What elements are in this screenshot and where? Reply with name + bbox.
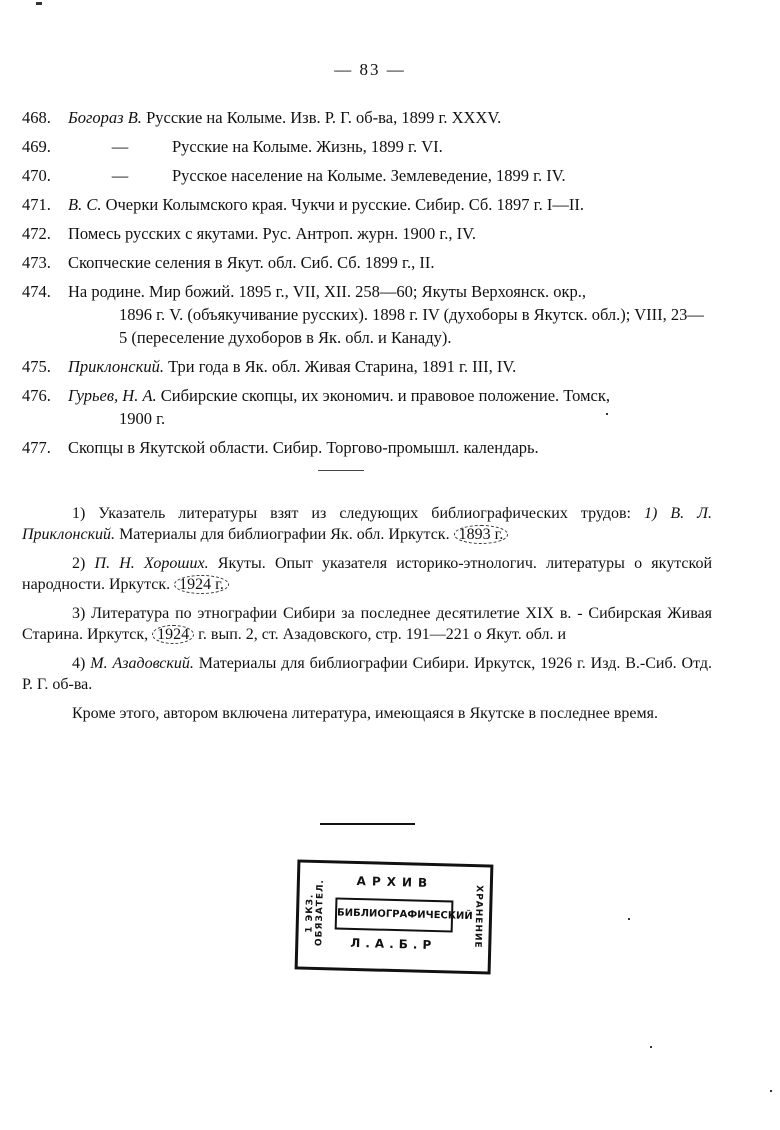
- entry-number: 468.: [22, 106, 66, 129]
- entry-number: 470.: [22, 164, 66, 187]
- note-author: М. Азадовский.: [90, 655, 194, 672]
- scan-speck: [628, 918, 630, 920]
- stamp-right-text: ХРАНЕНИЕ: [464, 873, 484, 961]
- entry-number: 469.: [22, 135, 66, 158]
- entry-text: Русское население на Колыме. Землеведени…: [172, 166, 566, 185]
- entry-author: В. С.: [68, 195, 101, 214]
- entry-476: 476. Гурьев, Н. А. Сибирские скопцы, их …: [22, 384, 712, 430]
- entry-text: Три года в Як. обл. Живая Старина, 1891 …: [164, 357, 516, 376]
- entry-472: 472. Помесь русских с якутами. Рус. Антр…: [22, 222, 712, 245]
- scan-speck: [650, 1046, 652, 1048]
- note-text: г. вып. 2, ст. Азадовского, стр. 191—221…: [194, 626, 566, 643]
- ditto-dash: —: [68, 135, 172, 158]
- ditto-dash: —: [68, 164, 172, 187]
- entry-text: На родине. Мир божий. 1895 г., VII, XII.…: [68, 282, 586, 301]
- stamp-bottom-text: Л.А.Б.Р: [338, 936, 448, 953]
- note-lead: 1) Указатель литературы взят из следующи…: [72, 505, 631, 522]
- entry-number: 474.: [22, 280, 66, 303]
- entry-469: 469. —Русские на Колыме. Жизнь, 1899 г. …: [22, 135, 712, 158]
- entry-number: 477.: [22, 436, 66, 459]
- page-number: — 83 —: [0, 60, 740, 80]
- circled-year: 1924 г.: [174, 575, 229, 594]
- footnotes: 1) Указатель литературы взят из следующи…: [22, 503, 712, 732]
- note-text: Материалы для библиографии Як. обл. Ирку…: [115, 526, 454, 543]
- bibliography-list: 468. Богораз В. Русские на Колыме. Изв. …: [22, 106, 712, 465]
- note-lead: Кроме этого, автором включена литература…: [72, 705, 658, 722]
- entry-author: Приклонский.: [68, 357, 164, 376]
- circled-year: 1924: [152, 625, 194, 644]
- entry-text: Скопческие селения в Якут. обл. Сиб. Сб.…: [68, 253, 434, 272]
- entry-473: 473. Скопческие селения в Якут. обл. Сиб…: [22, 251, 712, 274]
- note-1: 1) Указатель литературы взят из следующи…: [22, 503, 712, 545]
- entry-number: 473.: [22, 251, 66, 274]
- note-5: Кроме этого, автором включена литература…: [22, 703, 712, 724]
- entry-471: 471. В. С. Очерки Колымского края. Чукчи…: [22, 193, 712, 216]
- entry-text: Помесь русских с якутами. Рус. Антроп. ж…: [68, 224, 476, 243]
- note-4: 4) М. Азадовский. Материалы для библиогр…: [22, 653, 712, 695]
- entry-number: 471.: [22, 193, 66, 216]
- note-lead: 4): [72, 655, 90, 672]
- entry-470: 470. —Русское население на Колыме. Земле…: [22, 164, 712, 187]
- stamp-left-text: 1 ЭКЗ. ОБЯЗАТЕЛ.: [304, 869, 324, 957]
- note-3: 3) Литература по этнографии Сибири за по…: [22, 603, 712, 645]
- entry-author: Гурьев, Н. А.: [68, 386, 157, 405]
- stamp-box-text: БИБЛИОГРАФИЧЕСКИЙ: [335, 897, 454, 932]
- end-divider: [320, 823, 415, 825]
- note-author: П. Н. Хороших.: [95, 555, 209, 572]
- library-stamp: 1 ЭКЗ. ОБЯЗАТЕЛ. АРХИВ БИБЛИОГРАФИЧЕСКИЙ…: [295, 859, 494, 974]
- entry-continuation: 1900 г.: [68, 407, 712, 430]
- entry-number: 472.: [22, 222, 66, 245]
- scan-speck: [770, 1090, 772, 1092]
- scan-speck: [606, 413, 608, 415]
- entry-text: Русские на Колыме. Изв. Р. Г. об-ва, 189…: [142, 108, 501, 127]
- entry-continuation: 1896 г. V. (объякучивание русских). 1898…: [68, 303, 712, 349]
- scan-speck: [36, 2, 42, 5]
- short-divider: [318, 470, 364, 471]
- entry-475: 475. Приклонский. Три года в Як. обл. Жи…: [22, 355, 712, 378]
- entry-number: 475.: [22, 355, 66, 378]
- entry-number: 476.: [22, 384, 66, 407]
- stamp-top-text: АРХИВ: [340, 874, 450, 891]
- note-2: 2) П. Н. Хороших. Якуты. Опыт указателя …: [22, 553, 712, 595]
- note-lead: 2): [72, 555, 95, 572]
- circled-year: 1893 г.: [454, 525, 509, 544]
- entry-author: Богораз В.: [68, 108, 142, 127]
- entry-text: Скопцы в Якутской области. Сибир. Торгов…: [68, 438, 539, 457]
- entry-text: Очерки Колымского края. Чукчи и русские.…: [101, 195, 583, 214]
- entry-474: 474. На родине. Мир божий. 1895 г., VII,…: [22, 280, 712, 349]
- entry-text: Русские на Колыме. Жизнь, 1899 г. VI.: [172, 137, 443, 156]
- entry-468: 468. Богораз В. Русские на Колыме. Изв. …: [22, 106, 712, 129]
- entry-text: Сибирские скопцы, их экономич. и правово…: [157, 386, 610, 405]
- entry-477: 477. Скопцы в Якутской области. Сибир. Т…: [22, 436, 712, 459]
